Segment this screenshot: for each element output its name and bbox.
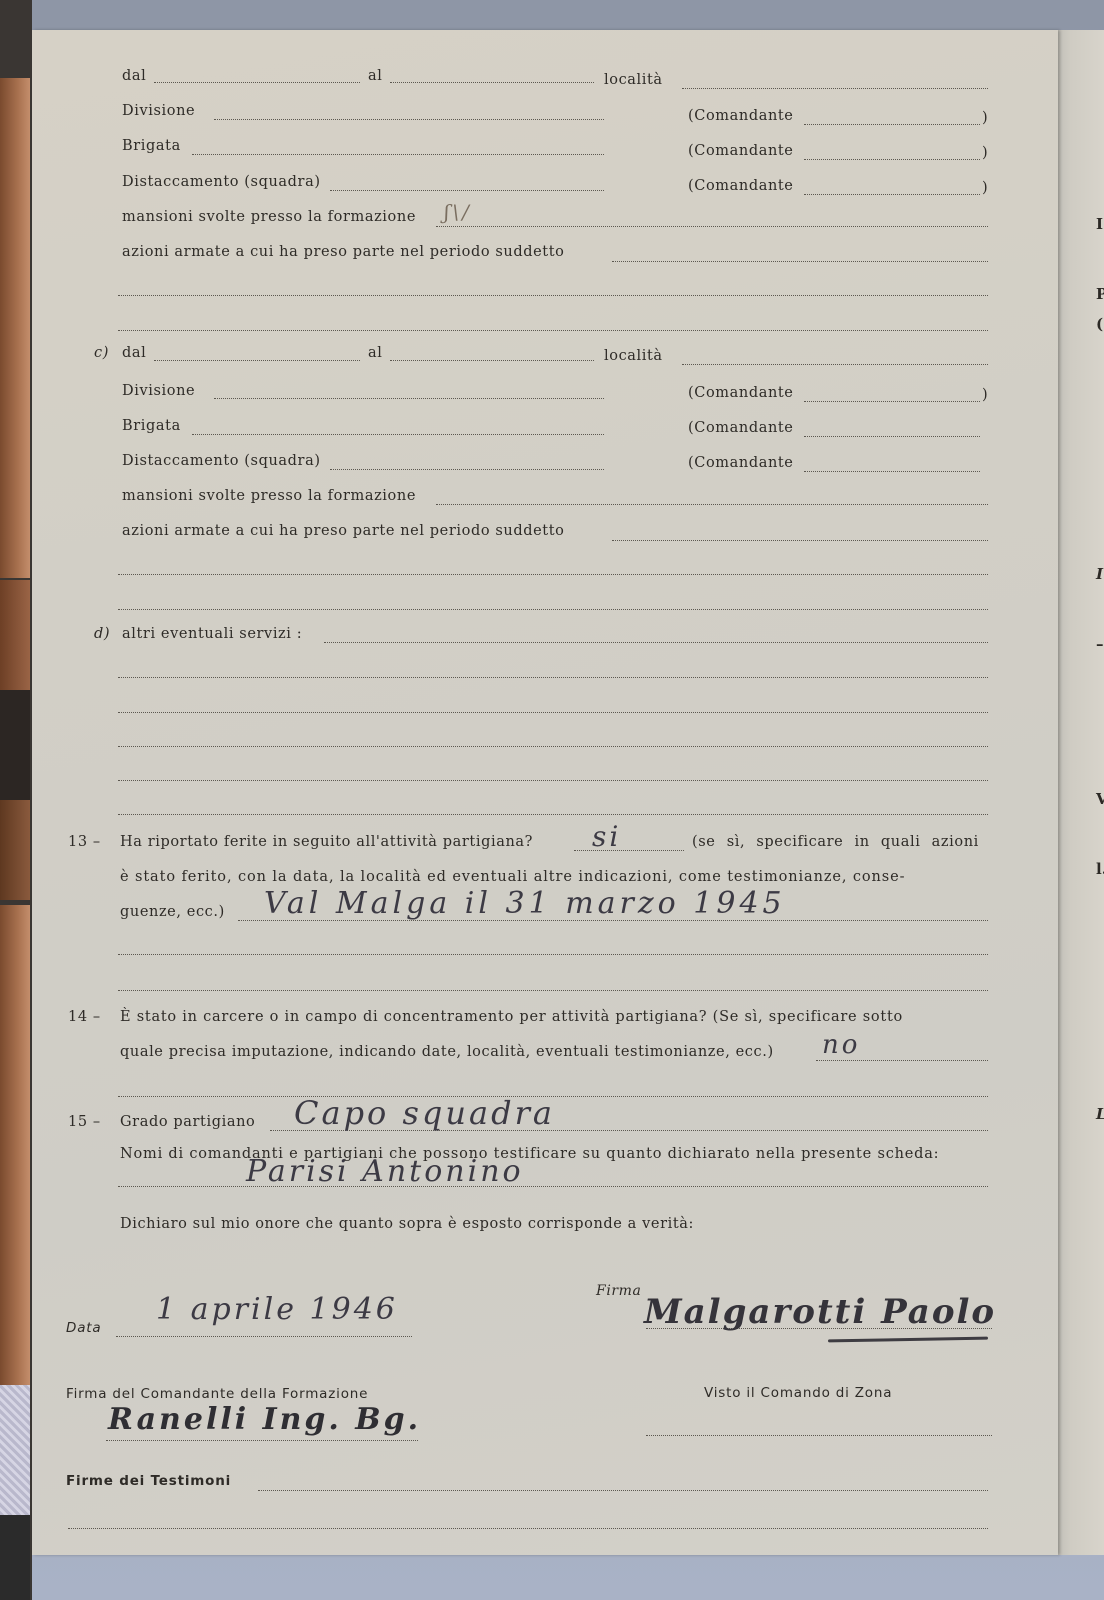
q13-number: 13 – <box>68 834 101 850</box>
q15-number: 15 – <box>68 1114 101 1130</box>
al-label: al <box>368 68 382 84</box>
localita-field[interactable] <box>682 364 988 365</box>
signature-underline <box>828 1337 988 1343</box>
localita-field[interactable] <box>682 88 988 89</box>
comandante-divisione-label: (Comandante <box>688 385 794 401</box>
mansioni-field[interactable] <box>436 504 988 505</box>
firma-label: Firma <box>596 1283 642 1299</box>
q13-details-line[interactable] <box>118 954 988 955</box>
section-c-marker: c) <box>94 345 109 361</box>
firma-signature: Malgarotti Paolo <box>644 1292 996 1332</box>
altri-servizi-line[interactable] <box>118 780 988 781</box>
altri-servizi-line[interactable] <box>118 746 988 747</box>
next-page-fragment: P <box>1096 285 1104 303</box>
nomi-handwriting: Parisi Antonino <box>246 1154 524 1189</box>
close-paren: ) <box>982 110 988 126</box>
close-paren: ) <box>982 387 988 403</box>
azioni-label: azioni armate a cui ha preso parte nel p… <box>122 244 564 260</box>
altri-servizi-field[interactable] <box>324 642 988 643</box>
azioni-label: azioni armate a cui ha preso parte nel p… <box>122 523 564 539</box>
binder-strip <box>0 690 30 800</box>
comandante-brigata-field[interactable] <box>804 436 980 437</box>
comandante-distaccamento-field[interactable] <box>804 471 980 472</box>
al-field[interactable] <box>390 360 594 361</box>
azioni-field[interactable] <box>612 540 988 541</box>
grado-handwriting: Capo squadra <box>294 1094 555 1132</box>
al-field[interactable] <box>390 82 594 83</box>
comandante-distaccamento-field[interactable] <box>804 194 980 195</box>
testimoni-label: Firme dei Testimoni <box>66 1473 231 1489</box>
azioni-field-line[interactable] <box>118 330 988 331</box>
distaccamento-field[interactable] <box>330 469 604 470</box>
divisione-field[interactable] <box>214 119 604 120</box>
data-label: Data <box>66 1320 101 1336</box>
comandante-formazione-field[interactable] <box>106 1440 418 1441</box>
q14-instructions: quale precisa imputazione, indicando dat… <box>120 1044 774 1060</box>
binder-strip <box>0 905 30 1385</box>
q13-instructions: (se sì, specificare in quali azioni <box>692 834 979 850</box>
binder-edge <box>0 0 32 1600</box>
q14-answer-field[interactable] <box>816 1060 988 1061</box>
brigata-field[interactable] <box>192 434 604 435</box>
divisione-label: Divisione <box>122 103 195 119</box>
comandante-brigata-label: (Comandante <box>688 420 794 436</box>
al-label: al <box>368 345 382 361</box>
dal-label: dal <box>122 345 146 361</box>
comandante-distaccamento-label: (Comandante <box>688 455 794 471</box>
section-d-marker: d) <box>94 626 110 642</box>
next-page-fragment: I <box>1096 215 1103 233</box>
q13-guenze-label: guenze, ecc.) <box>120 904 225 920</box>
testimoni-field[interactable] <box>258 1490 988 1491</box>
azioni-field-line[interactable] <box>118 574 988 575</box>
azioni-field-line[interactable] <box>118 295 988 296</box>
next-page-fragment: L <box>1096 1105 1104 1123</box>
q14-number: 14 – <box>68 1009 101 1025</box>
comandante-divisione-field[interactable] <box>804 401 980 402</box>
distaccamento-label: Distaccamento (squadra) <box>122 174 321 190</box>
testimoni-field-line[interactable] <box>68 1528 988 1529</box>
mansioni-handwriting: ʃ\/ <box>444 200 472 224</box>
q13-details-handwriting: Val Malga il 31 marzo 1945 <box>264 886 786 921</box>
q13-answer-field[interactable] <box>574 850 684 851</box>
binder-strip <box>0 1515 30 1600</box>
visto-comando-zona-label: Visto il Comando di Zona <box>704 1385 892 1401</box>
grado-label: Grado partigiano <box>120 1114 255 1130</box>
divisione-field[interactable] <box>214 398 604 399</box>
q13-question: Ha riportato ferite in seguito all'attiv… <box>120 834 533 850</box>
distaccamento-field[interactable] <box>330 190 604 191</box>
comandante-divisione-field[interactable] <box>804 124 980 125</box>
next-page-fragment: ( <box>1096 315 1103 333</box>
next-page-fragment: V <box>1096 790 1104 808</box>
comandante-formazione-signature: Ranelli Ing. Bg. <box>108 1402 421 1437</box>
q13-details-line[interactable] <box>118 990 988 991</box>
nomi-label: Nomi di comandanti e partigiani che poss… <box>120 1146 939 1162</box>
altri-servizi-line[interactable] <box>118 814 988 815</box>
azioni-field-line[interactable] <box>118 609 988 610</box>
comandante-brigata-field[interactable] <box>804 159 980 160</box>
distaccamento-label: Distaccamento (squadra) <box>122 453 321 469</box>
close-paren: ) <box>982 180 988 196</box>
q13-instructions-cont: è stato ferito, con la data, la località… <box>120 869 905 885</box>
divisione-label: Divisione <box>122 383 195 399</box>
binder-strip <box>0 800 30 900</box>
binder-ribbon <box>0 1385 30 1515</box>
mansioni-label: mansioni svolte presso la formazione <box>122 209 416 225</box>
binder-strip <box>0 78 30 578</box>
data-field[interactable] <box>116 1336 412 1337</box>
altri-servizi-label: altri eventuali servizi : <box>122 626 302 642</box>
declaration-text: Dichiaro sul mio onore che quanto sopra … <box>120 1216 694 1232</box>
altri-servizi-line[interactable] <box>118 677 988 678</box>
localita-label: località <box>604 348 663 364</box>
brigata-label: Brigata <box>122 418 181 434</box>
binder-strip <box>0 580 30 690</box>
next-page-fragment: – <box>1096 635 1104 653</box>
azioni-field[interactable] <box>612 261 988 262</box>
q14-question: È stato in carcere o in campo di concent… <box>120 1009 903 1025</box>
dal-field[interactable] <box>154 82 360 83</box>
dal-label: dal <box>122 68 146 84</box>
data-handwriting: 1 aprile 1946 <box>156 1292 398 1327</box>
comandante-distaccamento-label: (Comandante <box>688 178 794 194</box>
comandante-divisione-label: (Comandante <box>688 108 794 124</box>
altri-servizi-line[interactable] <box>118 712 988 713</box>
next-page-fragment: I <box>1096 565 1103 583</box>
brigata-label: Brigata <box>122 138 181 154</box>
brigata-field[interactable] <box>192 154 604 155</box>
close-paren: ) <box>982 145 988 161</box>
dal-field[interactable] <box>154 360 360 361</box>
comandante-brigata-label: (Comandante <box>688 143 794 159</box>
localita-label: località <box>604 72 663 88</box>
visto-comando-zona-field[interactable] <box>646 1435 992 1436</box>
q13-answer-handwriting: si <box>592 820 621 853</box>
mansioni-label: mansioni svolte presso la formazione <box>122 488 416 504</box>
next-page-fragment: l. <box>1096 860 1104 878</box>
q14-answer-handwriting: no <box>822 1030 860 1060</box>
form-page: dal al località Divisione (Comandante ) … <box>32 30 1058 1555</box>
comandante-formazione-label: Firma del Comandante della Formazione <box>66 1386 368 1402</box>
mansioni-field[interactable] <box>436 226 988 227</box>
